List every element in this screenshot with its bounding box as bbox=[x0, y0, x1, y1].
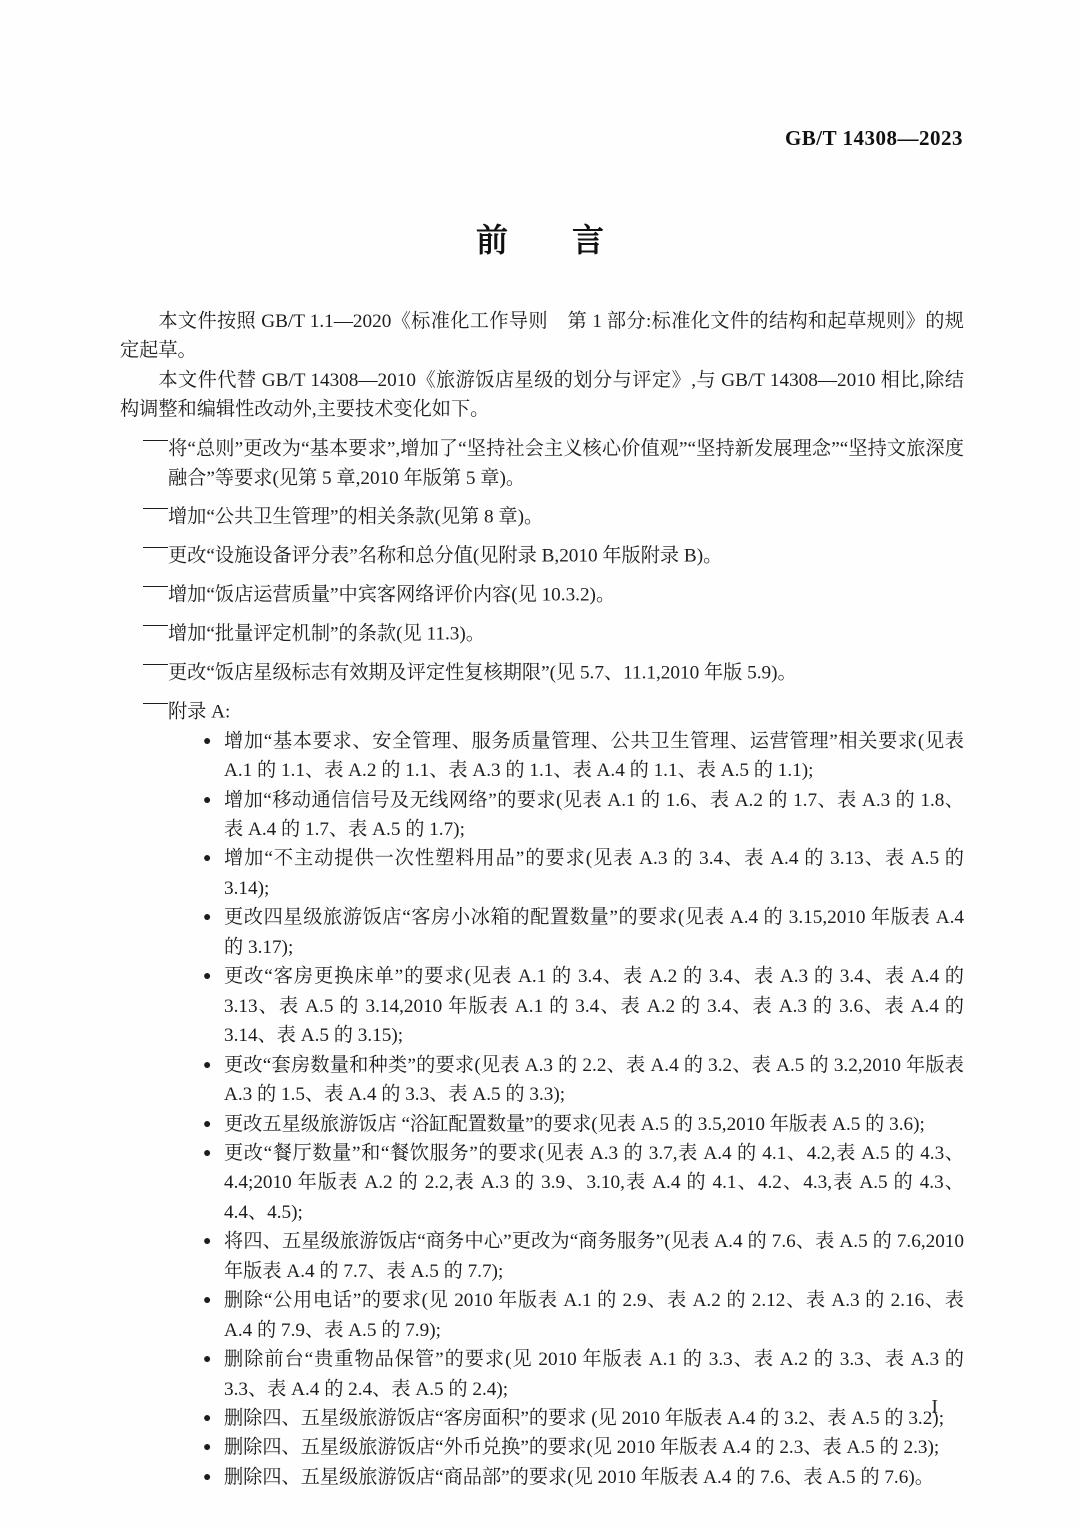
bullet-item: ●删除四、五星级旅游饭店“外币兑换”的要求(见 2010 年版表 A.4 的 2… bbox=[120, 1433, 964, 1462]
bullet-item: ●删除四、五星级旅游饭店“客房面积”的要求 (见 2010 年版表 A.4 的 … bbox=[120, 1404, 964, 1433]
bullet-icon: ● bbox=[203, 1286, 211, 1315]
dash-marker: —— bbox=[143, 688, 168, 717]
bullet-item: ●更改五星级旅游饭店 “浴缸配置数量”的要求(见表 A.5 的 3.5,2010… bbox=[120, 1110, 964, 1139]
bullet-icon: ● bbox=[203, 1345, 211, 1374]
bullet-icon: ● bbox=[203, 962, 211, 991]
bullet-item-text: 删除“公用电话”的要求(见 2010 年版表 A.1 的 2.9、表 A.2 的… bbox=[224, 1290, 964, 1340]
bullet-item-text: 增加“移动通信信号及无线网络”的要求(见表 A.1 的 1.6、表 A.2 的 … bbox=[224, 790, 964, 840]
standard-code: GB/T 14308—2023 bbox=[785, 126, 963, 151]
bullet-item: ●删除“公用电话”的要求(见 2010 年版表 A.1 的 2.9、表 A.2 … bbox=[120, 1286, 964, 1345]
dash-marker: —— bbox=[143, 532, 168, 561]
bullet-item-text: 删除前台“贵重物品保管”的要求(见 2010 年版表 A.1 的 3.3、表 A… bbox=[224, 1349, 964, 1399]
bullet-item: ●将四、五星级旅游饭店“商务中心”更改为“商务服务”(见表 A.4 的 7.6、… bbox=[120, 1227, 964, 1286]
bullet-item: ●增加“基本要求、安全管理、服务质量管理、公共卫生管理、运营管理”相关要求(见表… bbox=[120, 727, 964, 786]
bullet-icon: ● bbox=[203, 844, 211, 873]
bullet-item-text: 增加“不主动提供一次性塑料用品”的要求(见表 A.3 的 3.4、表 A.4 的… bbox=[224, 848, 964, 898]
dash-item-text: 增加“公共卫生管理”的相关条款(见第 8 章)。 bbox=[168, 507, 543, 528]
bullet-icon: ● bbox=[203, 1404, 211, 1433]
bullet-icon: ● bbox=[203, 1463, 211, 1492]
dash-item-text: 更改“饭店星级标志有效期及评定性复核期限”(见 5.7、11.1,2010 年版… bbox=[168, 662, 797, 683]
bullet-item-text: 删除四、五星级旅游饭店“外币兑换”的要求(见 2010 年版表 A.4 的 2.… bbox=[224, 1437, 939, 1458]
bullet-item: ●更改四星级旅游饭店“客房小冰箱的配置数量”的要求(见表 A.4 的 3.15,… bbox=[120, 903, 964, 962]
bullet-item-text: 更改“套房数量和种类”的要求(见表 A.3 的 2.2、表 A.4 的 3.2、… bbox=[224, 1055, 964, 1105]
bullet-item: ●删除四、五星级旅游饭店“商品部”的要求(见 2010 年版表 A.4 的 7.… bbox=[120, 1463, 964, 1492]
bullet-item-text: 将四、五星级旅游饭店“商务中心”更改为“商务服务”(见表 A.4 的 7.6、表… bbox=[224, 1231, 964, 1281]
dash-marker: —— bbox=[143, 571, 168, 600]
page-number: I bbox=[931, 1396, 938, 1419]
dash-item: ——将“总则”更改为“基本要求”,增加了“坚持社会主义核心价值观”“坚持新发展理… bbox=[120, 425, 964, 493]
bullet-icon: ● bbox=[203, 903, 211, 932]
dash-item: ——更改“设施设备评分表”名称和总分值(见附录 B,2010 年版附录 B)。 bbox=[120, 532, 964, 571]
page-title: 前 言 bbox=[0, 215, 1080, 261]
dash-item: ——附录 A: bbox=[120, 688, 964, 727]
bullet-item-text: 更改“餐厅数量”和“餐饮服务”的要求(见表 A.3 的 3.7,表 A.4 的 … bbox=[224, 1143, 964, 1223]
bullet-icon: ● bbox=[203, 786, 211, 815]
dash-item: ——更改“饭店星级标志有效期及评定性复核期限”(见 5.7、11.1,2010 … bbox=[120, 649, 964, 688]
dash-item: ——增加“公共卫生管理”的相关条款(见第 8 章)。 bbox=[120, 493, 964, 532]
bullet-item-text: 增加“基本要求、安全管理、服务质量管理、公共卫生管理、运营管理”相关要求(见表 … bbox=[224, 731, 964, 781]
bullet-icon: ● bbox=[203, 1110, 211, 1139]
dash-marker: —— bbox=[143, 649, 168, 678]
dash-item: ——增加“饭店运营质量”中宾客网络评价内容(见 10.3.2)。 bbox=[120, 571, 964, 610]
dash-item-text: 增加“批量评定机制”的条款(见 11.3)。 bbox=[168, 623, 485, 644]
bullet-item-text: 删除四、五星级旅游饭店“商品部”的要求(见 2010 年版表 A.4 的 7.6… bbox=[224, 1467, 934, 1488]
change-list: ——将“总则”更改为“基本要求”,增加了“坚持社会主义核心价值观”“坚持新发展理… bbox=[120, 425, 964, 1493]
bullet-item: ●更改“套房数量和种类”的要求(见表 A.3 的 2.2、表 A.4 的 3.2… bbox=[120, 1051, 964, 1110]
dash-item: ——增加“批量评定机制”的条款(见 11.3)。 bbox=[120, 610, 964, 649]
bullet-item: ●增加“移动通信信号及无线网络”的要求(见表 A.1 的 1.6、表 A.2 的… bbox=[120, 786, 964, 845]
dash-item-text: 增加“饭店运营质量”中宾客网络评价内容(见 10.3.2)。 bbox=[168, 584, 615, 605]
foreword-paragraph-2: 本文件代替 GB/T 14308—2010《旅游饭店星级的划分与评定》,与 GB… bbox=[120, 366, 964, 425]
dash-marker: —— bbox=[143, 610, 168, 639]
dash-item-text: 将“总则”更改为“基本要求”,增加了“坚持社会主义核心价值观”“坚持新发展理念”… bbox=[168, 438, 964, 488]
dash-marker: —— bbox=[143, 493, 168, 522]
bullet-item-text: 更改“客房更换床单”的要求(见表 A.1 的 3.4、表 A.2 的 3.4、表… bbox=[224, 966, 964, 1046]
bullet-item-text: 更改五星级旅游饭店 “浴缸配置数量”的要求(见表 A.5 的 3.5,2010 … bbox=[224, 1114, 925, 1135]
bullet-icon: ● bbox=[203, 1227, 211, 1256]
bullet-item: ●删除前台“贵重物品保管”的要求(见 2010 年版表 A.1 的 3.3、表 … bbox=[120, 1345, 964, 1404]
dash-item-text: 附录 A: bbox=[168, 701, 230, 722]
document-page: GB/T 14308—2023 前 言 本文件按照 GB/T 1.1—2020《… bbox=[0, 0, 1080, 1527]
foreword-paragraph-1: 本文件按照 GB/T 1.1—2020《标准化工作导则 第 1 部分:标准化文件… bbox=[120, 307, 964, 366]
bullet-icon: ● bbox=[203, 1139, 211, 1168]
bullet-item: ●更改“餐厅数量”和“餐饮服务”的要求(见表 A.3 的 3.7,表 A.4 的… bbox=[120, 1139, 964, 1227]
bullet-item: ●更改“客房更换床单”的要求(见表 A.1 的 3.4、表 A.2 的 3.4、… bbox=[120, 962, 964, 1050]
bullet-icon: ● bbox=[203, 1433, 211, 1462]
bullet-icon: ● bbox=[203, 1051, 211, 1080]
bullet-item: ●增加“不主动提供一次性塑料用品”的要求(见表 A.3 的 3.4、表 A.4 … bbox=[120, 844, 964, 903]
bullet-icon: ● bbox=[203, 727, 211, 756]
bullet-item-text: 删除四、五星级旅游饭店“客房面积”的要求 (见 2010 年版表 A.4 的 3… bbox=[224, 1408, 944, 1429]
foreword-body: 本文件按照 GB/T 1.1—2020《标准化工作导则 第 1 部分:标准化文件… bbox=[120, 307, 964, 1492]
dash-item-text: 更改“设施设备评分表”名称和总分值(见附录 B,2010 年版附录 B)。 bbox=[168, 546, 722, 567]
dash-marker: —— bbox=[143, 425, 168, 454]
bullet-item-text: 更改四星级旅游饭店“客房小冰箱的配置数量”的要求(见表 A.4 的 3.15,2… bbox=[224, 907, 964, 957]
